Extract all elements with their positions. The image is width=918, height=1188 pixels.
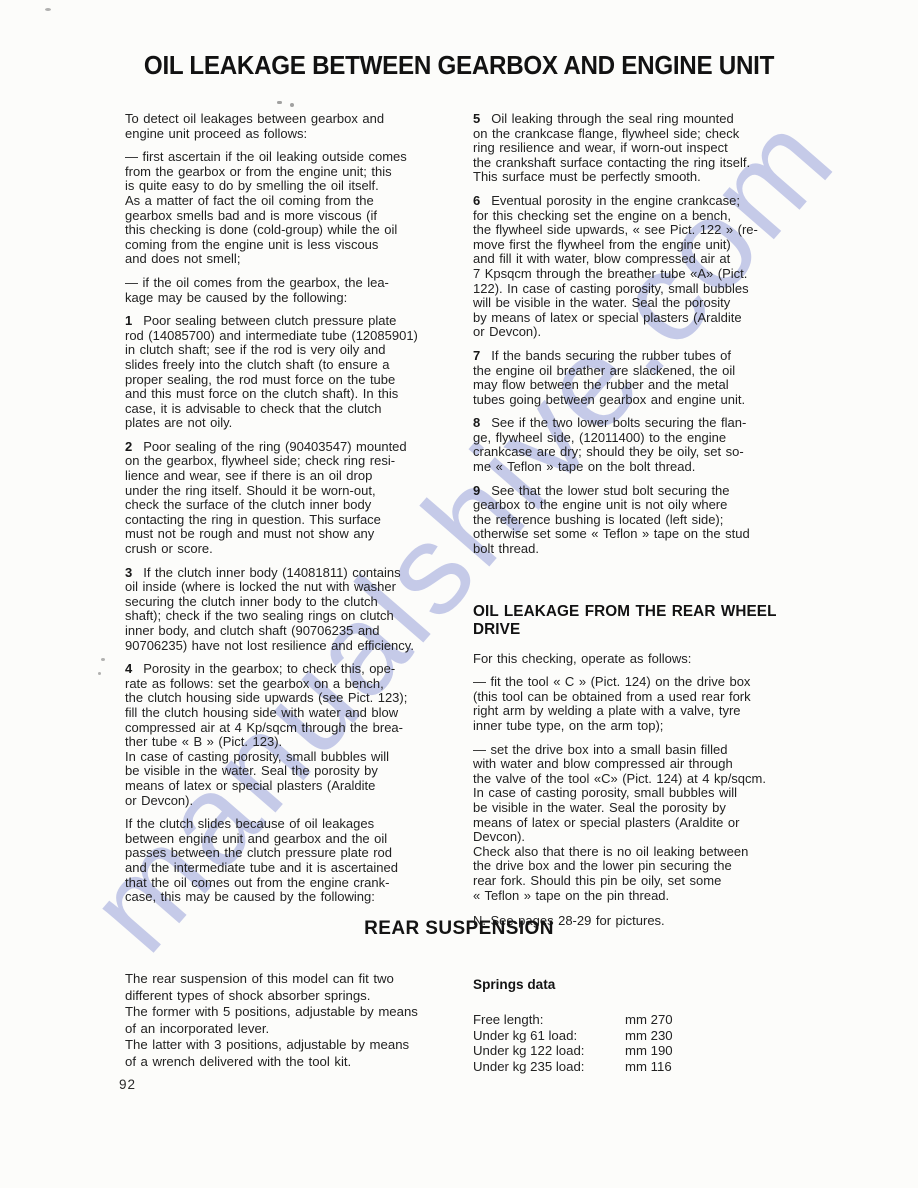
numbered-item-8: 8See if the two lower bolts securing the… <box>473 416 805 474</box>
spring-row-value: mm 270 <box>625 1012 673 1028</box>
numbered-item-1: 1Poor sealing between clutch pressure pl… <box>125 314 457 431</box>
item-number: 3 <box>125 565 143 580</box>
item-number: 2 <box>125 439 143 454</box>
spring-row-value: mm 116 <box>625 1059 672 1075</box>
numbered-item-6: 6Eventual porosity in the engine crankca… <box>473 194 805 340</box>
rear-suspension-text-column: The rear suspension of this model can fi… <box>125 971 457 1080</box>
intro-paragraph: To detect oil leakages between gearbox a… <box>125 112 457 141</box>
dash-paragraph-2: — if the oil comes from the gearbox, the… <box>125 276 457 305</box>
item-text: Eventual porosity in the engine crankcas… <box>473 193 758 339</box>
item-text: Poor sealing of the ring (90403547) moun… <box>125 439 407 556</box>
spring-row-value: mm 230 <box>625 1028 673 1044</box>
closing-paragraph: If the clutch slides because of oil leak… <box>125 817 457 905</box>
dash-paragraph-1: — first ascertain if the oil leaking out… <box>125 150 457 267</box>
item-number: 5 <box>473 111 491 126</box>
rear-wheel-drive-bullet-1: — fit the tool « C » (Pict. 124) on the … <box>473 675 805 733</box>
item-text: Poor sealing between clutch pressure pla… <box>125 313 418 430</box>
springs-data-column: Springs data Free length: mm 270 Under k… <box>473 971 805 1080</box>
spring-row-label: Under kg 61 load: <box>473 1028 625 1044</box>
item-text: See that the lower stud bolt securing th… <box>473 483 750 556</box>
page-number: 92 <box>119 1077 136 1092</box>
item-number: 8 <box>473 415 491 430</box>
numbered-item-4: 4Porosity in the gearbox; to check this,… <box>125 662 457 808</box>
springs-data-heading: Springs data <box>473 977 805 992</box>
numbered-item-2: 2Poor sealing of the ring (90403547) mou… <box>125 440 457 557</box>
springs-table-row: Under kg 61 load: mm 230 <box>473 1028 805 1044</box>
springs-table-row: Under kg 235 load: mm 116 <box>473 1059 805 1075</box>
rear-wheel-drive-heading: OIL LEAKAGE FROM THE REAR WHEEL DRIVE <box>473 603 805 639</box>
two-column-body: To detect oil leakages between gearbox a… <box>125 112 805 938</box>
item-number: 7 <box>473 348 491 363</box>
spring-row-value: mm 190 <box>625 1043 673 1059</box>
numbered-item-5: 5Oil leaking through the seal ring mount… <box>473 112 805 185</box>
rear-suspension-title: REAR SUSPENSION <box>0 918 918 940</box>
left-column: To detect oil leakages between gearbox a… <box>125 112 457 938</box>
spring-row-label: Free length: <box>473 1012 625 1028</box>
rear-wheel-drive-intro: For this checking, operate as follows: <box>473 652 805 667</box>
numbered-item-3: 3If the clutch inner body (14081811) con… <box>125 566 457 654</box>
item-text: If the clutch inner body (14081811) cont… <box>125 565 414 653</box>
rear-suspension-body: The rear suspension of this model can fi… <box>125 971 805 1080</box>
item-number: 1 <box>125 313 143 328</box>
page-title: OIL LEAKAGE BETWEEN GEARBOX AND ENGINE U… <box>32 50 886 81</box>
right-column: 5Oil leaking through the seal ring mount… <box>473 112 805 938</box>
item-text: Porosity in the gearbox; to check this, … <box>125 661 407 807</box>
springs-table-row: Free length: mm 270 <box>473 1012 805 1028</box>
scan-speck <box>45 8 51 11</box>
item-text: Oil leaking through the seal ring mounte… <box>473 111 750 184</box>
numbered-item-7: 7If the bands securing the rubber tubes … <box>473 349 805 407</box>
spring-row-label: Under kg 235 load: <box>473 1059 625 1075</box>
scan-speck <box>101 658 105 661</box>
scan-artifact <box>277 101 282 104</box>
rear-suspension-paragraph: The rear suspension of this model can fi… <box>125 971 457 1071</box>
rear-wheel-drive-bullet-2: — set the drive box into a small basin f… <box>473 743 805 904</box>
item-number: 9 <box>473 483 491 498</box>
item-number: 6 <box>473 193 491 208</box>
item-text: If the bands securing the rubber tubes o… <box>473 348 745 407</box>
scan-speck <box>98 672 101 675</box>
springs-table-row: Under kg 122 load: mm 190 <box>473 1043 805 1059</box>
item-text: See if the two lower bolts securing the … <box>473 415 746 474</box>
numbered-item-9: 9See that the lower stud bolt securing t… <box>473 484 805 557</box>
scan-artifact <box>290 103 294 107</box>
spring-row-label: Under kg 122 load: <box>473 1043 625 1059</box>
item-number: 4 <box>125 661 143 676</box>
manual-page: manualshive.com OIL LEAKAGE BETWEEN GEAR… <box>0 0 918 1188</box>
